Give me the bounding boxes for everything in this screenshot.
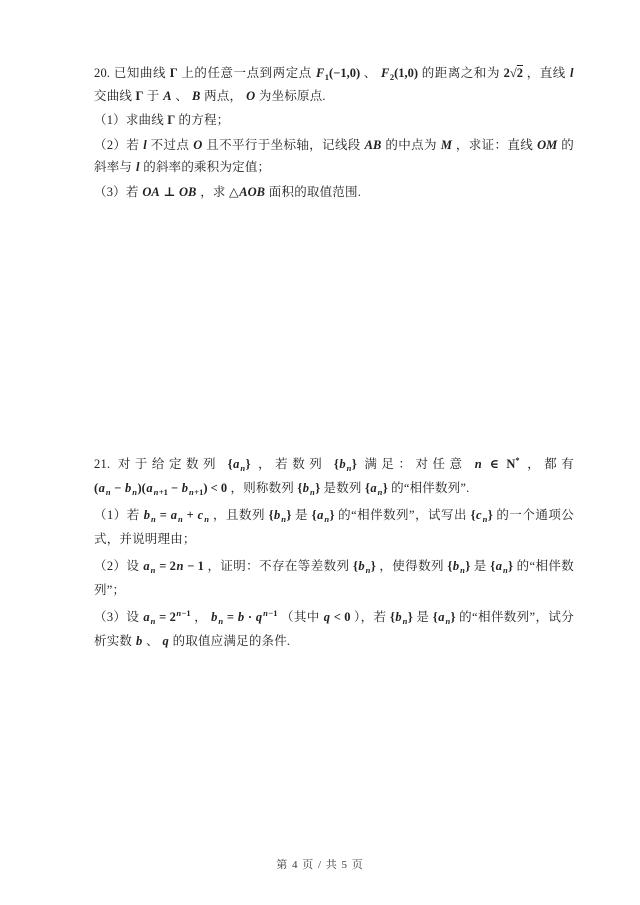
problem-21-part-3: （3）设 an = 2n−1 ， bn = b · qn−1 （其中 q < 0… xyxy=(94,606,574,653)
problem-20: 20. 已知曲线 Γ 上的任意一点到两定点 F1(−1,0) 、 F2(1,0)… xyxy=(94,62,574,203)
problem-21-statement: 21. 对于给定数列 {an} ，若数列 {bn} 满足：对任意 n ∈ N* … xyxy=(94,453,574,500)
exam-page: 20. 已知曲线 Γ 上的任意一点到两定点 F1(−1,0) 、 F2(1,0)… xyxy=(0,0,640,905)
page-footer: 第 4 页 / 共 5 页 xyxy=(0,856,640,872)
problem-20-part-1: （1）求曲线 Γ 的方程； xyxy=(94,109,574,132)
problem-21-part-2: （2）设 an = 2n − 1 ，证明：不存在等差数列 {bn} ，使得数列 … xyxy=(94,555,574,602)
problem-20-part-3: （3）若 OA ⊥ OB ，求 △AOB 面积的取值范围. xyxy=(94,181,574,204)
problem-20-statement: 20. 已知曲线 Γ 上的任意一点到两定点 F1(−1,0) 、 F2(1,0)… xyxy=(94,62,574,107)
page-number: 第 4 页 / 共 5 页 xyxy=(276,859,364,871)
problem-21-part-1: （1）若 bn = an + cn ，且数列 {bn} 是 {an} 的“相伴数… xyxy=(94,504,574,551)
problem-20-part-2: （2）若 l 不过点 O 且不平行于坐标轴，记线段 AB 的中点为 M ，求证：… xyxy=(94,134,574,179)
problem-21: 21. 对于给定数列 {an} ，若数列 {bn} 满足：对任意 n ∈ N* … xyxy=(94,453,574,653)
